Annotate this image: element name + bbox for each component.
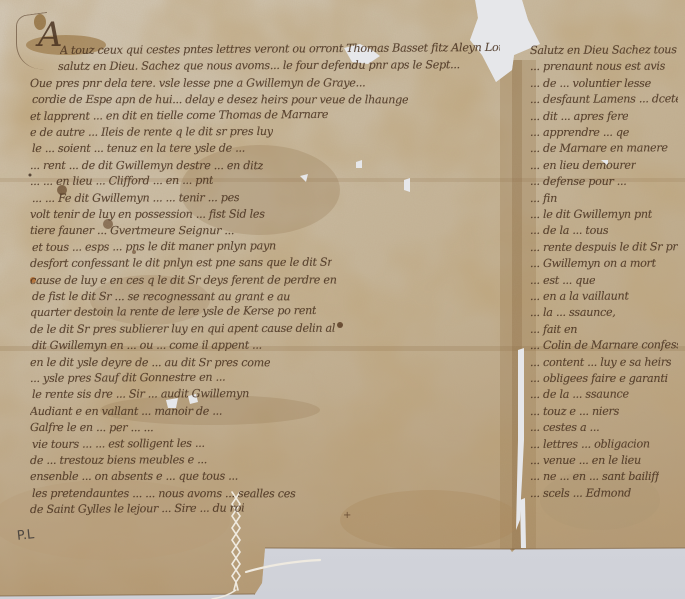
pencil-archive-mark: P.L: [16, 527, 35, 544]
cross-mark: +: [343, 510, 351, 521]
decorated-initial: A: [38, 15, 63, 55]
